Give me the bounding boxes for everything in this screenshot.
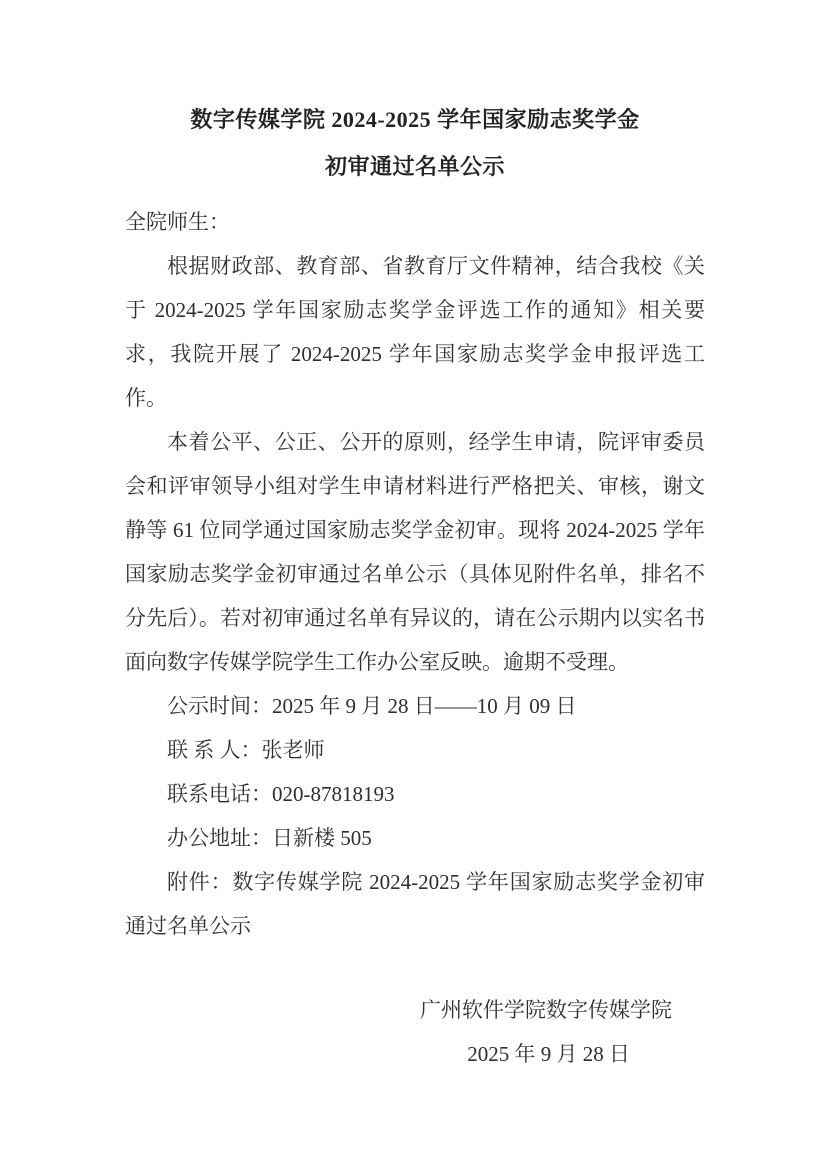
paragraph-review-result: 本着公平、公正、公开的原则，经学生申请，院评审委员会和评审领导小组对学生申请材料…: [125, 420, 705, 684]
info-line-contact-phone: 联系电话：020-87818193: [125, 772, 705, 816]
document-title-line1: 数字传媒学院 2024-2025 学年国家励志奖学金: [125, 96, 705, 143]
info-line-office-address: 办公地址：日新楼 505: [125, 816, 705, 860]
signature-organization: 广州软件学院数字传媒学院: [125, 988, 705, 1032]
info-line-contact-person: 联 系 人：张老师: [125, 728, 705, 772]
document-title-line2: 初审通过名单公示: [125, 143, 705, 190]
announcement-document: 数字传媒学院 2024-2025 学年国家励志奖学金 初审通过名单公示 全院师生…: [0, 0, 828, 1172]
info-line-publicity-period: 公示时间：2025 年 9 月 28 日——10 月 09 日: [125, 684, 705, 728]
attachment-note: 附件：数字传媒学院 2024-2025 学年国家励志奖学金初审通过名单公示: [125, 860, 705, 948]
salutation: 全院师生：: [125, 200, 705, 244]
paragraph-basis: 根据财政部、教育部、省教育厅文件精神，结合我校《关于 2024-2025 学年国…: [125, 244, 705, 420]
signature-date: 2025 年 9 月 28 日: [125, 1032, 705, 1076]
signature-block: 广州软件学院数字传媒学院 2025 年 9 月 28 日: [125, 988, 705, 1076]
